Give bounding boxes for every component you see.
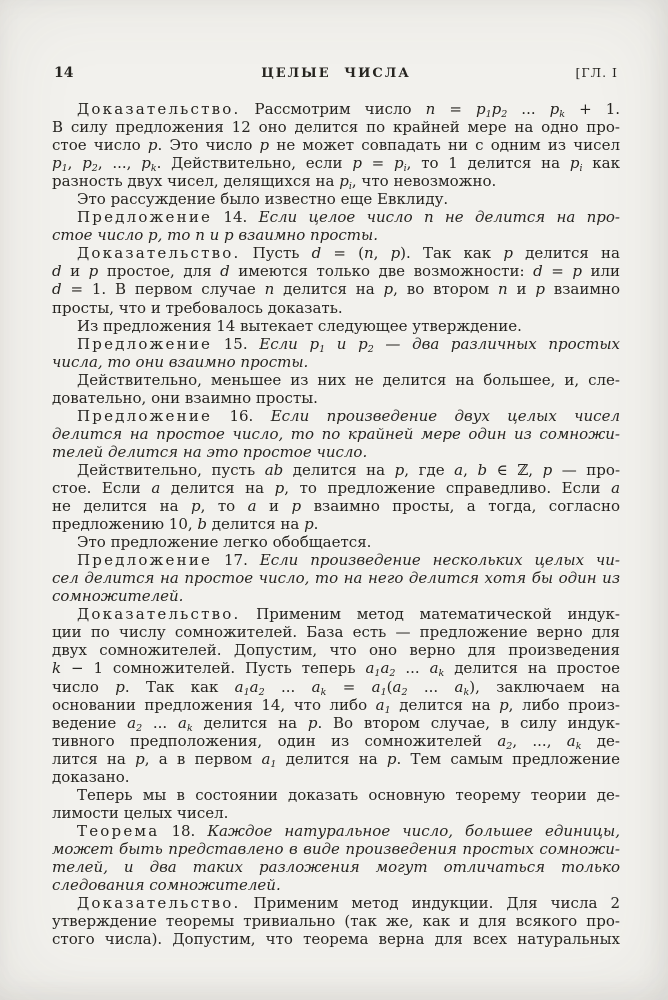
text-run: ции по числу сомножителей. База есть — п… <box>52 623 620 641</box>
text-run: Теперь мы в состоянии доказать основную … <box>77 786 620 804</box>
text-line: Это предложение легко обобщается. <box>52 533 620 551</box>
text-line: стого числа). Допустим, что теорема верн… <box>52 930 620 948</box>
text-block: Доказательство. Рассмотрим число n = p1p… <box>52 100 620 948</box>
text-run: , <box>68 154 83 172</box>
text-run: сел делится на простое число, то на него… <box>52 569 620 587</box>
text-run: p <box>550 100 560 118</box>
text-run: Действительно, меньшее из них не делится… <box>77 371 620 389</box>
text-run: Если целое число n не делится на про- <box>259 208 620 226</box>
text-line: утверждение теоремы тривиально (так же, … <box>52 912 620 930</box>
text-run: p <box>391 244 401 262</box>
text-run: может быть представлено в виде произведе… <box>52 840 620 858</box>
text-line: лится на p, а в первом a1 делится на p. … <box>52 750 620 768</box>
text-run: де- <box>582 732 620 750</box>
text-run: взаимно <box>545 280 620 298</box>
text-line: Доказательство. Пусть d = (n, p). Так ка… <box>52 244 620 262</box>
text-run: p <box>308 714 318 732</box>
chapter-label: [ГЛ. I <box>558 65 618 80</box>
text-line: разность двух чисел, делящихся на pi, чт… <box>52 172 620 190</box>
text-run: не делится на <box>52 497 191 515</box>
text-line: телей, и два таких разложения могут отли… <box>52 858 620 876</box>
text-run: стое. Если <box>52 479 151 497</box>
text-run: . Это число <box>158 136 260 154</box>
text-run: a <box>235 678 244 696</box>
text-run: . Во втором случае, в силу индук- <box>317 714 620 732</box>
text-line: Доказательство. Применим метод математич… <box>52 605 620 623</box>
text-line: Доказательство. Применим метод индукции.… <box>52 894 620 912</box>
text-run: a <box>178 714 187 732</box>
text-run: p <box>499 696 509 714</box>
text-line: телей делится на это простое число. <box>52 443 620 461</box>
text-run: делится на простое <box>444 659 620 677</box>
text-line: d и p простое, для d имеются только две … <box>52 262 620 280</box>
text-line: следования сомножителей. <box>52 876 620 894</box>
text-run: простое, для <box>98 262 220 280</box>
text-run: p <box>148 136 158 154</box>
text-run: лится на <box>52 750 135 768</box>
text-line: p1, p2, ..., pk. Действительно, если p =… <box>52 154 620 172</box>
text-run: b <box>197 515 207 533</box>
text-run: предложению 10, <box>52 515 197 533</box>
text-run: Из предложения 14 вытекает следующее утв… <box>77 317 522 335</box>
text-run: , во втором <box>393 280 498 298</box>
text-run: 15. <box>212 335 259 353</box>
text-run: сомножителей. <box>52 587 183 605</box>
text-run: 14. <box>212 208 259 226</box>
text-run: = <box>362 154 394 172</box>
text-run: p <box>543 461 553 479</box>
text-run: ведение <box>52 714 127 732</box>
text-run: a <box>611 479 620 497</box>
text-run: , то <box>201 497 248 515</box>
text-run: стое число <box>52 136 148 154</box>
text-run: телей делится на это простое число. <box>52 443 367 461</box>
text-run: + 1. <box>565 100 620 118</box>
text-run: . Так как <box>125 678 235 696</box>
text-line: Предложение 14. Если целое число n не де… <box>52 208 620 226</box>
text-run: Доказательство. <box>77 244 240 262</box>
text-run: . <box>314 515 319 533</box>
text-line: стое. Если a делится на p, то предложени… <box>52 479 620 497</box>
text-run: Каждое натуральное число, большее единиц… <box>207 822 620 840</box>
text-run: делится на <box>193 714 308 732</box>
text-line: Предложение 17. Если произведение нескол… <box>52 551 620 569</box>
text-run: делится на <box>391 696 499 714</box>
text-line: Доказательство. Рассмотрим число n = p1p… <box>52 100 620 118</box>
text-run: p <box>89 262 99 280</box>
text-run: 18. <box>159 822 207 840</box>
text-run: p <box>387 750 397 768</box>
text-line: d = 1. В первом случае n делится на p, в… <box>52 280 620 298</box>
text-run: b <box>477 461 487 479</box>
text-run: p <box>292 497 302 515</box>
text-run: a <box>151 479 160 497</box>
text-run: делится на <box>160 479 274 497</box>
text-line: Теорема 18. Каждое натуральное число, бо… <box>52 822 620 840</box>
page-number: 14 <box>54 65 114 81</box>
text-run: p <box>394 154 404 172</box>
text-line: просты, что и требовалось доказать. <box>52 299 620 317</box>
text-line: числа, то они взаимно просты. <box>52 353 620 371</box>
text-run: 16. <box>212 407 271 425</box>
text-line: число p. Так как a1a2 ... ak = a1(a2 ...… <box>52 678 620 696</box>
text-run: p <box>492 100 502 118</box>
text-run: разность двух чисел, делящихся на <box>52 172 339 190</box>
text-run: и <box>62 262 89 280</box>
text-run: . Тем самым предложение <box>397 750 620 768</box>
text-run: 17. <box>212 551 260 569</box>
text-run: Если p <box>259 335 319 353</box>
text-run: Рассмотрим число <box>240 100 425 118</box>
text-run: p <box>339 172 349 190</box>
text-run: Если произведение двух целых чисел <box>271 407 620 425</box>
text-run: a <box>127 714 136 732</box>
text-line: Действительно, пусть ab делится на p, гд… <box>52 461 620 479</box>
text-run: , <box>463 461 477 479</box>
text-run: n <box>426 100 436 118</box>
text-run: Применим метод индукции. Для числа 2 <box>240 894 620 912</box>
text-run: Это предложение легко обобщается. <box>77 533 371 551</box>
text-run: , а в первом <box>145 750 262 768</box>
text-run: n <box>364 244 374 262</box>
text-run: a <box>250 678 259 696</box>
text-line: Действительно, меньшее из них не делится… <box>52 371 620 389</box>
text-run: Если произведение нескольких целых чи- <box>260 551 620 569</box>
text-run: В силу предложения 12 оно делится по кра… <box>52 118 620 136</box>
text-run: ... <box>142 714 178 732</box>
text-line: тивного предположения, один из сомножите… <box>52 732 620 750</box>
text-run: просты, что и требовалось доказать. <box>52 299 343 317</box>
text-line: Из предложения 14 вытекает следующее утв… <box>52 317 620 335</box>
text-run: d <box>52 280 62 298</box>
text-run: Предложение <box>77 335 212 353</box>
text-run: Предложение <box>77 208 212 226</box>
text-line: сомножителей. <box>52 587 620 605</box>
text-line: Предложение 16. Если произведение двух ц… <box>52 407 620 425</box>
text-run: p <box>395 461 405 479</box>
text-run: ... <box>408 678 455 696</box>
text-run: n <box>498 280 508 298</box>
text-run: a <box>372 678 381 696</box>
text-run: довательно, они взаимно просты. <box>52 389 318 407</box>
text-run: a <box>430 659 439 677</box>
text-run: ab <box>265 461 284 479</box>
text-run: — два различных простых <box>374 335 620 353</box>
text-line: В силу предложения 12 оно делится по кра… <box>52 118 620 136</box>
text-run: p <box>304 515 314 533</box>
text-run: a <box>454 461 463 479</box>
text-run: = <box>435 100 476 118</box>
text-run: p <box>191 497 201 515</box>
text-run: d <box>312 244 322 262</box>
text-line: двух сомножителей. Допустим, что оно вер… <box>52 641 620 659</box>
text-run: тивного предположения, один из сомножите… <box>52 732 497 750</box>
text-run: следования сомножителей. <box>52 876 281 894</box>
text-run: p <box>135 750 145 768</box>
text-run: d <box>220 262 230 280</box>
text-run: p <box>115 678 125 696</box>
text-run: Это рассуждение было известно еще Евклид… <box>77 190 448 208</box>
text-run: взаимно просты, а тогда, согласно <box>301 497 620 515</box>
text-run: двух сомножителей. Допустим, что оно вер… <box>52 641 620 659</box>
text-line: сел делится на простое число, то на него… <box>52 569 620 587</box>
text-line: ведение a2 ... ak делится на p. Во второ… <box>52 714 620 732</box>
text-line: довательно, они взаимно просты. <box>52 389 620 407</box>
text-run: Теорема <box>77 822 159 840</box>
text-run: = 1. В первом случае <box>62 280 265 298</box>
text-run: n <box>265 280 275 298</box>
text-line: Предложение 15. Если p1 и p2 — два разли… <box>52 335 620 353</box>
text-run: = <box>543 262 573 280</box>
text-run: утверждение теоремы тривиально (так же, … <box>52 912 620 930</box>
text-run: p <box>275 479 285 497</box>
text-run: d <box>52 262 62 280</box>
page-header: 14 ЦЕЛЫЕ ЧИСЛА [ГЛ. I <box>54 65 618 81</box>
text-run: или <box>582 262 620 280</box>
text-run: Доказательство. <box>77 100 240 118</box>
text-run: ). Так как <box>400 244 503 262</box>
text-run: основании предложения 14, что либо <box>52 696 376 714</box>
text-run: ), заключаем на <box>469 678 620 696</box>
text-run: делится на <box>276 750 386 768</box>
text-run: a <box>567 732 576 750</box>
text-line: предложению 10, b делится на p. <box>52 515 620 533</box>
text-run: p <box>384 280 394 298</box>
text-line: лимости целых чисел. <box>52 804 620 822</box>
text-run: p <box>476 100 486 118</box>
text-run: Доказательство. <box>77 605 240 623</box>
text-run: , ..., <box>98 154 141 172</box>
text-run: и p <box>325 335 368 353</box>
text-run: и <box>508 280 536 298</box>
text-run: доказано. <box>52 768 130 786</box>
text-run: , где <box>404 461 454 479</box>
text-run: a <box>497 732 506 750</box>
text-line: делится на простое число, то по крайней … <box>52 425 620 443</box>
text-line: ции по числу сомножителей. База есть — п… <box>52 623 620 641</box>
text-run: Предложение <box>77 407 212 425</box>
text-run: , ..., <box>512 732 566 750</box>
text-run: = ( <box>321 244 364 262</box>
text-run: лимости целых чисел. <box>52 804 228 822</box>
text-line: доказано. <box>52 768 620 786</box>
text-run: p <box>260 136 270 154</box>
text-run: имеются только две возможности: <box>230 262 533 280</box>
text-run: p <box>572 262 582 280</box>
text-line: стое число p, то n и p взаимно просты. <box>52 226 620 244</box>
text-run: не может совпадать ни с одним из чисел <box>269 136 620 154</box>
text-run: Предложение <box>77 551 212 569</box>
text-run: ... <box>507 100 549 118</box>
text-run: , либо произ- <box>509 696 620 714</box>
text-run: a <box>376 696 385 714</box>
text-run: Действительно, пусть <box>77 461 265 479</box>
text-line: основании предложения 14, что либо a1 де… <box>52 696 620 714</box>
text-run: , <box>374 244 391 262</box>
text-run: , что невозможно. <box>352 172 496 190</box>
text-run: ∈ ℤ, <box>487 461 543 479</box>
text-run: k <box>52 659 61 677</box>
text-line: может быть представлено в виде произведе… <box>52 840 620 858</box>
text-run: стое число p, то n и p взаимно просты. <box>52 226 378 244</box>
text-run: делится на <box>513 244 620 262</box>
text-line: Теперь мы в состоянии доказать основную … <box>52 786 620 804</box>
text-run: ... <box>395 659 429 677</box>
text-run: — про- <box>552 461 620 479</box>
text-run: = <box>326 678 371 696</box>
text-line: стое число p. Это число p не может совпа… <box>52 136 620 154</box>
text-run: как <box>583 154 620 172</box>
text-run: делится на <box>283 461 394 479</box>
text-run: делится на <box>207 515 304 533</box>
text-run: стого числа). Допустим, что теорема верн… <box>52 930 620 948</box>
text-run: d <box>533 262 543 280</box>
running-title: ЦЕЛЫЕ ЧИСЛА <box>114 66 558 81</box>
book-page: 14 ЦЕЛЫЕ ЧИСЛА [ГЛ. I Доказательство. Ра… <box>0 0 668 1000</box>
text-run: p <box>503 244 513 262</box>
text-run: p <box>535 280 545 298</box>
text-run: p <box>52 154 62 172</box>
text-run: , то предложение справедливо. Если <box>284 479 611 497</box>
text-run: p <box>141 154 151 172</box>
text-run: телей, и два таких разложения могут отли… <box>52 858 620 876</box>
text-run: a <box>312 678 321 696</box>
text-line: k − 1 сомножителей. Пусть теперь a1a2 ..… <box>52 659 620 677</box>
text-run: a <box>248 497 257 515</box>
text-line: Это рассуждение было известно еще Евклид… <box>52 190 620 208</box>
text-run: . Действительно, если <box>157 154 353 172</box>
text-run: и <box>257 497 292 515</box>
text-run: Пусть <box>240 244 311 262</box>
text-run: , то 1 делится на <box>407 154 570 172</box>
text-run: Применим метод математической индук- <box>240 605 620 623</box>
text-run: число <box>52 678 115 696</box>
text-line: не делится на p, то a и p взаимно просты… <box>52 497 620 515</box>
text-run: Доказательство. <box>77 894 240 912</box>
text-run: числа, то они взаимно просты. <box>52 353 308 371</box>
text-run: ... <box>265 678 312 696</box>
text-run: − 1 сомножителей. Пусть теперь <box>61 659 365 677</box>
text-run: делится на <box>274 280 383 298</box>
text-run: p <box>82 154 92 172</box>
text-run: p <box>352 154 362 172</box>
text-run: делится на простое число, то по крайней … <box>52 425 620 443</box>
